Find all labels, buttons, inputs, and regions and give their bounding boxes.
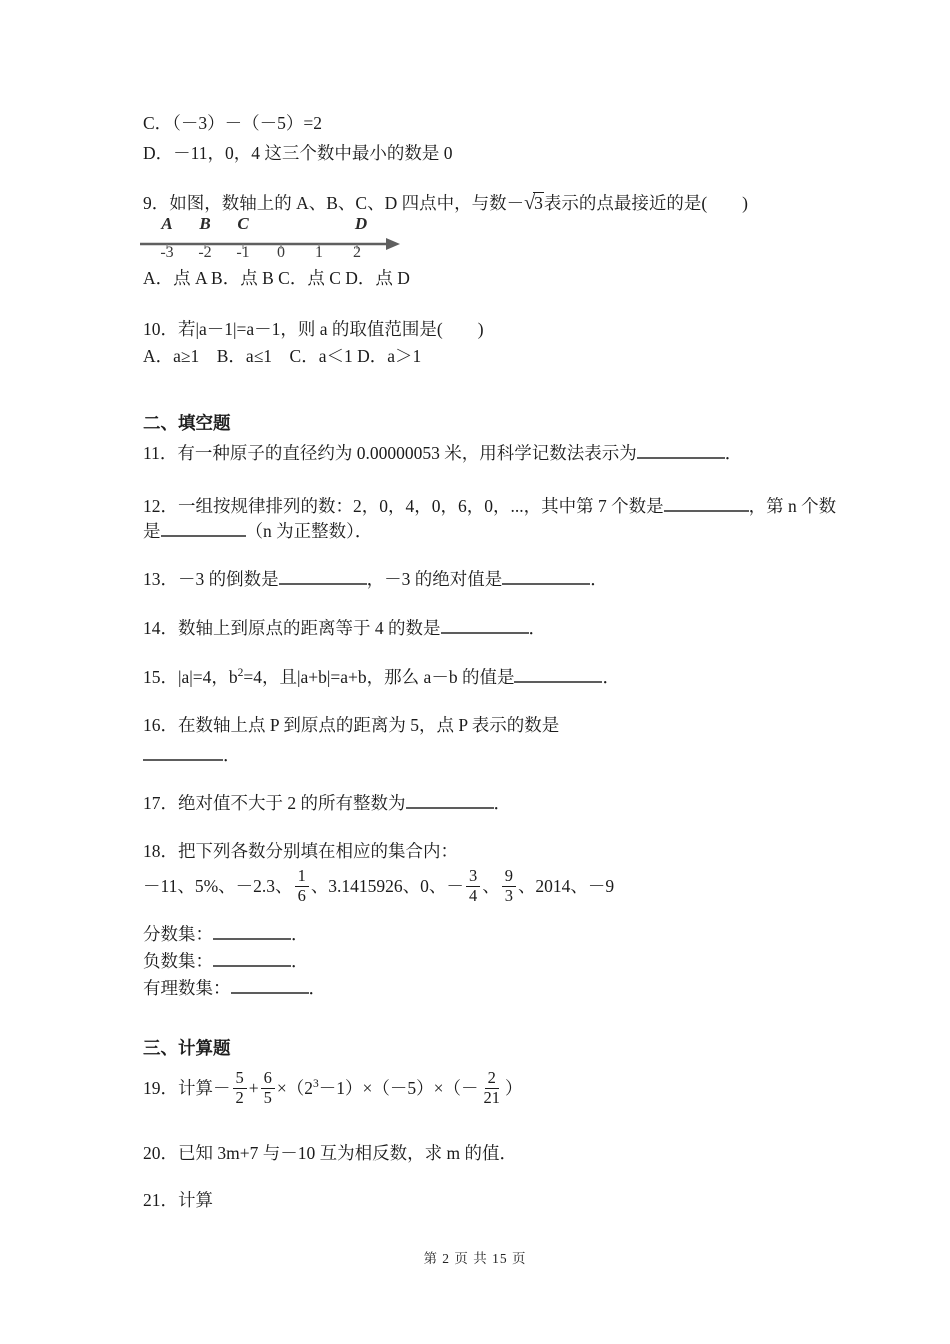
answer-blank <box>213 948 291 967</box>
fraction-5-2: 52 <box>233 1069 247 1107</box>
q19-seg2: －1）×（－5）×（－ <box>319 1078 479 1098</box>
question-12-text: 12．一组按规律排列的数：2，0，4，0，6，0，...，其中第 7 个数是 <box>143 496 664 516</box>
question-13-mid: ，－3 的绝对值是 <box>367 569 503 589</box>
negative-set-label: 负数集： <box>143 951 213 971</box>
answer-blank <box>637 440 725 459</box>
question-15: 15．|a|=4，b2=4，且|a+b|=a+b，那么 a－b 的值是． <box>143 664 620 688</box>
question-11-period: ． <box>725 443 743 463</box>
answer-blank <box>441 615 529 634</box>
negative-set-period: ． <box>291 951 309 971</box>
question-14-period: ． <box>529 618 547 638</box>
numberline-tick-minus1: -1 <box>224 244 262 262</box>
question-9-stem-pre: 9．如图，数轴上的 A、B、C、D 四点中，与数－ <box>143 193 524 213</box>
question-12-line2-post: （n 为正整数）． <box>246 521 373 541</box>
answer-blank <box>161 518 246 537</box>
q18-list-seg2: 、3.1415926、0、－ <box>311 875 464 897</box>
question-13-pre: 13．－3 的倒数是 <box>143 569 279 589</box>
answer-blank <box>514 664 602 683</box>
question-15-period: ． <box>602 667 620 687</box>
question-14: 14．数轴上到原点的距离等于 4 的数是． <box>143 615 546 639</box>
numberline-point-label-b: B <box>186 214 224 234</box>
question-10-options: A．a≥1 B．a≤1 C．a＜1 D．a＞1 <box>143 345 421 367</box>
number-line-figure: A B C D -3 -2 -1 0 1 2 <box>140 214 402 266</box>
section-heading-calculation: 三、计算题 <box>143 1037 231 1059</box>
fraction-set-label: 分数集： <box>143 924 213 944</box>
q19-seg3: ） <box>505 1077 523 1099</box>
q18-list-seg4: 、2014、－9 <box>518 875 614 897</box>
question-19: 19．计算－ 52 + 65 ×（23－1）×（－5）×（－ 221 ） <box>143 1066 523 1110</box>
rational-set-label: 有理数集： <box>143 978 231 998</box>
sqrt-3-expression: √3 <box>524 192 544 214</box>
plus-operator: + <box>249 1077 259 1099</box>
answer-blank <box>213 921 291 940</box>
question-15-mid: =4，且|a+b|=a+b，那么 a－b 的值是 <box>243 667 514 687</box>
fraction-6-5: 65 <box>261 1069 275 1107</box>
fraction-1-6: 16 <box>295 867 309 905</box>
question-17-text: 17．绝对值不大于 2 的所有整数为 <box>143 793 406 813</box>
question-15-pre: 15．|a|=4，b <box>143 667 238 687</box>
section-heading-fill-blanks: 二、填空题 <box>143 412 231 434</box>
question-17-period: ． <box>494 793 512 813</box>
q18-list-seg1: －11、5%、－2.3、 <box>143 875 293 897</box>
q18-negative-set-row: 负数集：． <box>143 948 309 972</box>
question-13-period: ． <box>590 569 608 589</box>
question-13: 13．－3 的倒数是，－3 的绝对值是． <box>143 566 608 590</box>
question-16-line2: ． <box>143 742 241 766</box>
question-11: 11．有一种原子的直径约为 0.00000053 米，用科学记数法表示为． <box>143 440 742 464</box>
answer-blank <box>502 566 590 585</box>
numberline-tick-1: 1 <box>300 244 338 262</box>
question-12-text-cont: ，第 n 个数 <box>749 496 837 516</box>
answer-blank <box>279 566 367 585</box>
question-9-stem: 9．如图，数轴上的 A、B、C、D 四点中，与数－√3表示的点最接近的是( ) <box>143 192 748 214</box>
numberline-point-label-d: D <box>342 214 380 234</box>
question-14-text: 14．数轴上到原点的距离等于 4 的数是 <box>143 618 441 638</box>
exam-document-page: C．（－3）－（－5）=2 D．－11，0，4 这三个数中最小的数是 0 9．如… <box>0 0 950 1344</box>
q18-rational-set-row: 有理数集：． <box>143 975 326 999</box>
question-10-stem: 10．若|a－1|=a－1，则 a 的取值范围是( ) <box>143 318 484 340</box>
answer-blank <box>664 493 749 512</box>
numberline-tick-minus3: -3 <box>148 244 186 262</box>
numberline-point-label-a: A <box>148 214 186 234</box>
question-11-text: 11．有一种原子的直径约为 0.00000053 米，用科学记数法表示为 <box>143 443 637 463</box>
question-9-stem-post: 表示的点最接近的是( ) <box>544 193 748 213</box>
q19-seg1: ×（2 <box>277 1078 313 1098</box>
q18-list-seg3: 、 <box>482 875 500 897</box>
numberline-tick-0: 0 <box>262 244 300 262</box>
page-footer: 第 2 页 共 15 页 <box>0 1247 950 1267</box>
question-20: 20．已知 3m+7 与－10 互为相反数，求 m 的值． <box>143 1142 517 1164</box>
question-16-line1: 16．在数轴上点 P 到原点的距离为 5，点 P 表示的数是 <box>143 714 559 736</box>
fraction-2-21: 221 <box>481 1069 504 1107</box>
fraction-9-3: 93 <box>502 867 516 905</box>
question-8-option-c: C．（－3）－（－5）=2 <box>143 112 322 134</box>
numberline-tick-2: 2 <box>338 244 376 262</box>
numberline-tick-minus2: -2 <box>186 244 224 262</box>
question-18-stem: 18．把下列各数分别填在相应的集合内： <box>143 840 458 862</box>
question-16-period: ． <box>223 745 241 765</box>
answer-blank <box>231 975 309 994</box>
question-17: 17．绝对值不大于 2 的所有整数为． <box>143 790 511 814</box>
question-8-option-d: D．－11，0，4 这三个数中最小的数是 0 <box>143 142 453 164</box>
numberline-point-label-c: C <box>224 214 262 234</box>
question-9-options: A．点 A B．点 B C．点 C D．点 D <box>143 267 410 289</box>
question-18-number-list: －11、5%、－2.3、 16 、3.1415926、0、－ 34 、 93 、… <box>143 864 614 908</box>
rational-set-period: ． <box>309 978 327 998</box>
fraction-3-4: 34 <box>466 867 480 905</box>
answer-blank <box>143 742 223 761</box>
question-21: 21．计算 <box>143 1189 213 1211</box>
question-19-middle: ×（23－1）×（－5）×（－ <box>277 1077 479 1099</box>
question-12-line2: 是（n 为正整数）． <box>143 518 372 542</box>
question-12-line2-pre: 是 <box>143 521 161 541</box>
axis-arrow-icon <box>386 238 400 250</box>
q18-fraction-set-row: 分数集：． <box>143 921 309 945</box>
radicand: 3 <box>533 192 544 213</box>
question-12-line1: 12．一组按规律排列的数：2，0，4，0，6，0，...，其中第 7 个数是，第… <box>143 493 836 517</box>
answer-blank <box>406 790 494 809</box>
question-19-pre: 19．计算－ <box>143 1077 231 1099</box>
fraction-set-period: ． <box>291 924 309 944</box>
